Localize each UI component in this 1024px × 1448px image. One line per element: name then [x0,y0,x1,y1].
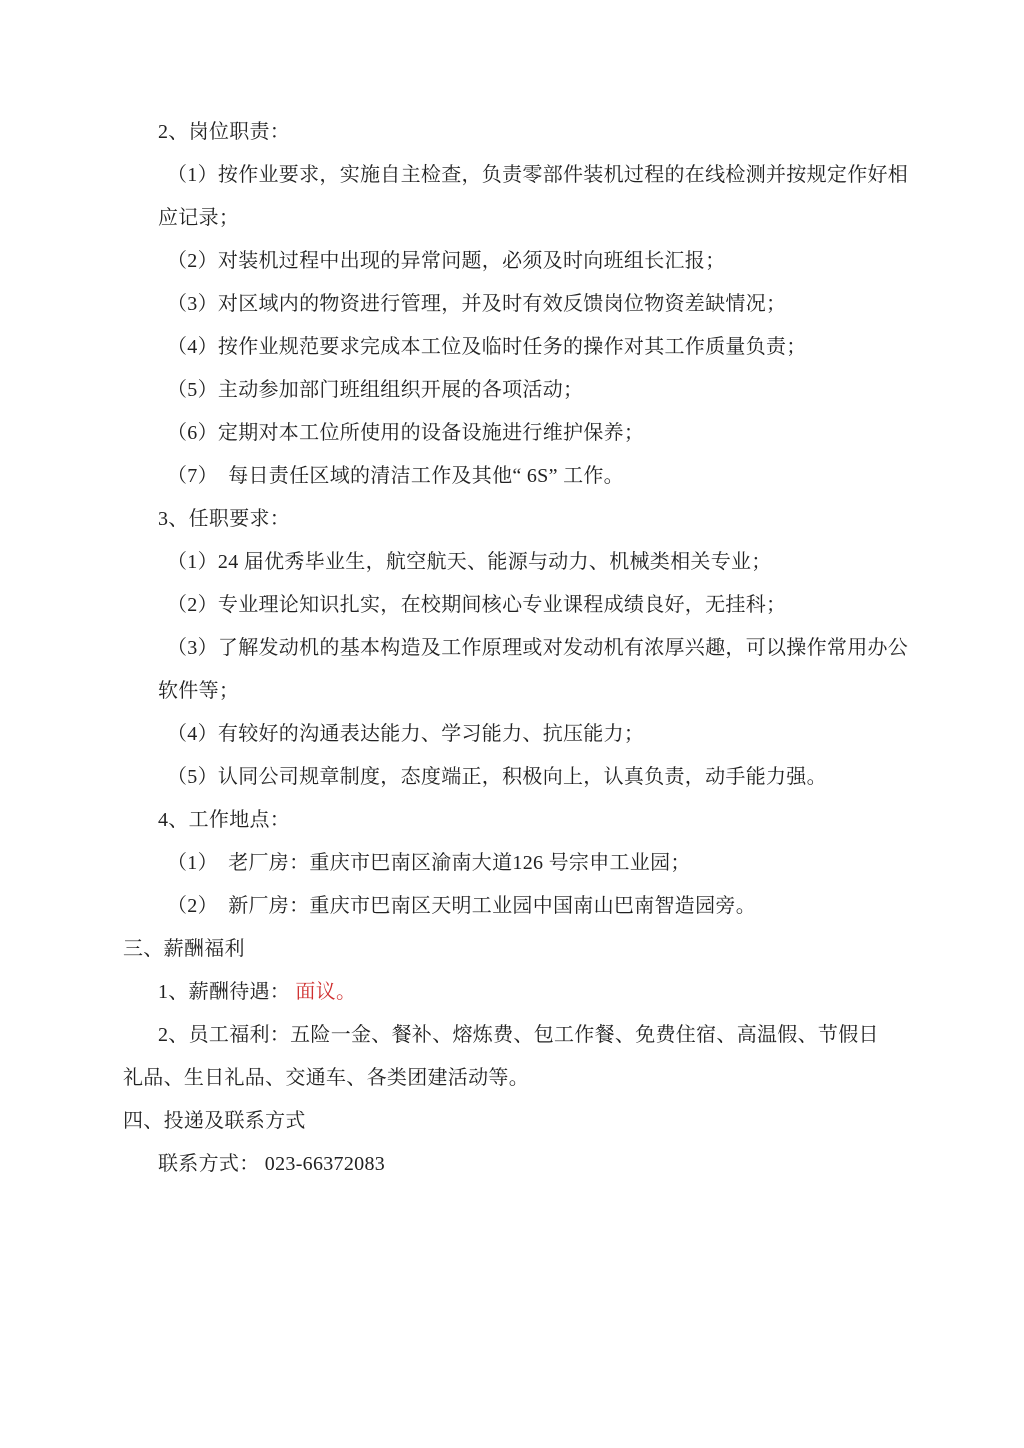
benefits-line-2-text: 礼品、生日礼品、交通车、各类团建活动等。 [123,1067,529,1089]
heading-contact-text: 四、投递及联系方式 [123,1110,306,1132]
location-new-plant-text: （2） 新厂房：重庆市巴南区天明工业园中国南山巴南智造园旁。 [167,895,756,917]
duty-1-line-1: （1）按作业要求，实施自主检查，负责零部件装机过程的在线检测并按规定作好相 [0,154,1024,197]
salary-value-negotiable: 面议。 [295,981,356,1003]
requirement-3-line-2: 软件等； [0,670,1024,713]
heading-salary-benefits: 三、薪酬福利 [0,928,1024,971]
location-old-plant-text: （1） 老厂房：重庆市巴南区渝南大道126 号宗申工业园； [167,852,691,874]
heading-job-requirements: 3、任职要求： [0,498,1024,541]
requirement-4: （4）有较好的沟通表达能力、学习能力、抗压能力； [0,713,1024,756]
duty-5: （5）主动参加部门班组组织开展的各项活动； [0,369,1024,412]
salary-label: 1、薪酬待遇： [158,981,295,1003]
duty-1-line-2: 应记录； [0,197,1024,240]
heading-job-duties-text: 2、岗位职责： [158,121,290,143]
requirement-3-line-1-text: （3）了解发动机的基本构造及工作原理或对发动机有浓厚兴趣，可以操作常用办公 [167,637,908,659]
duty-4: （4）按作业规范要求完成本工位及临时任务的操作对其工作质量负责； [0,326,1024,369]
duty-5-text: （5）主动参加部门班组组织开展的各项活动； [167,379,583,401]
requirement-3-line-1: （3）了解发动机的基本构造及工作原理或对发动机有浓厚兴趣，可以操作常用办公 [0,627,1024,670]
requirement-2-text: （2）专业理论知识扎实，在校期间核心专业课程成绩良好，无挂科； [167,594,786,616]
duty-1-line-2-text: 应记录； [158,207,239,229]
contact-phone: 联系方式： 023-66372083 [0,1143,1024,1186]
benefits-line-1: 2、员工福利：五险一金、餐补、熔炼费、包工作餐、免费住宿、高温假、节假日 [0,1014,1024,1057]
heading-work-location: 4、工作地点： [0,799,1024,842]
duty-6-text: （6）定期对本工位所使用的设备设施进行维护保养； [167,422,644,444]
heading-work-location-text: 4、工作地点： [158,809,290,831]
document-text: 2、岗位职责：（1）按作业要求，实施自主检查，负责零部件装机过程的在线检测并按规… [0,0,1024,1186]
heading-salary-benefits-text: 三、薪酬福利 [123,938,245,960]
duty-3-text: （3）对区域内的物资进行管理，并及时有效反馈岗位物资差缺情况； [167,293,786,315]
benefits-line-2: 礼品、生日礼品、交通车、各类团建活动等。 [0,1057,1024,1100]
heading-job-duties: 2、岗位职责： [0,111,1024,154]
duty-7-text: （7） 每日责任区域的清洁工作及其他“ 6S” 工作。 [167,465,624,487]
requirement-5: （5）认同公司规章制度，态度端正，积极向上，认真负责，动手能力强。 [0,756,1024,799]
duty-2-text: （2）对装机过程中出现的异常问题，必须及时向班组长汇报； [167,250,725,272]
duty-1-line-1-text: （1）按作业要求，实施自主检查，负责零部件装机过程的在线检测并按规定作好相 [167,164,908,186]
heading-contact: 四、投递及联系方式 [0,1100,1024,1143]
duty-7: （7） 每日责任区域的清洁工作及其他“ 6S” 工作。 [0,455,1024,498]
requirement-4-text: （4）有较好的沟通表达能力、学习能力、抗压能力； [167,723,644,745]
contact-phone-text: 联系方式： 023-66372083 [158,1153,385,1175]
requirement-3-line-2-text: 软件等； [158,680,239,702]
duty-4-text: （4）按作业规范要求完成本工位及临时任务的操作对其工作质量负责； [167,336,807,358]
duty-3: （3）对区域内的物资进行管理，并及时有效反馈岗位物资差缺情况； [0,283,1024,326]
salary-line: 1、薪酬待遇： 面议。 [0,971,1024,1014]
requirement-5-text: （5）认同公司规章制度，态度端正，积极向上，认真负责，动手能力强。 [167,766,827,788]
requirement-1-text: （1）24 届优秀毕业生，航空航天、能源与动力、机械类相关专业； [167,551,772,573]
requirement-2: （2）专业理论知识扎实，在校期间核心专业课程成绩良好，无挂科； [0,584,1024,627]
location-new-plant: （2） 新厂房：重庆市巴南区天明工业园中国南山巴南智造园旁。 [0,885,1024,928]
location-old-plant: （1） 老厂房：重庆市巴南区渝南大道126 号宗申工业园； [0,842,1024,885]
heading-job-requirements-text: 3、任职要求： [158,508,290,530]
document-page: 2、岗位职责：（1）按作业要求，实施自主检查，负责零部件装机过程的在线检测并按规… [0,0,1024,1448]
requirement-1: （1）24 届优秀毕业生，航空航天、能源与动力、机械类相关专业； [0,541,1024,584]
benefits-line-1-text: 2、员工福利：五险一金、餐补、熔炼费、包工作餐、免费住宿、高温假、节假日 [158,1024,879,1046]
duty-6: （6）定期对本工位所使用的设备设施进行维护保养； [0,412,1024,455]
duty-2: （2）对装机过程中出现的异常问题，必须及时向班组长汇报； [0,240,1024,283]
